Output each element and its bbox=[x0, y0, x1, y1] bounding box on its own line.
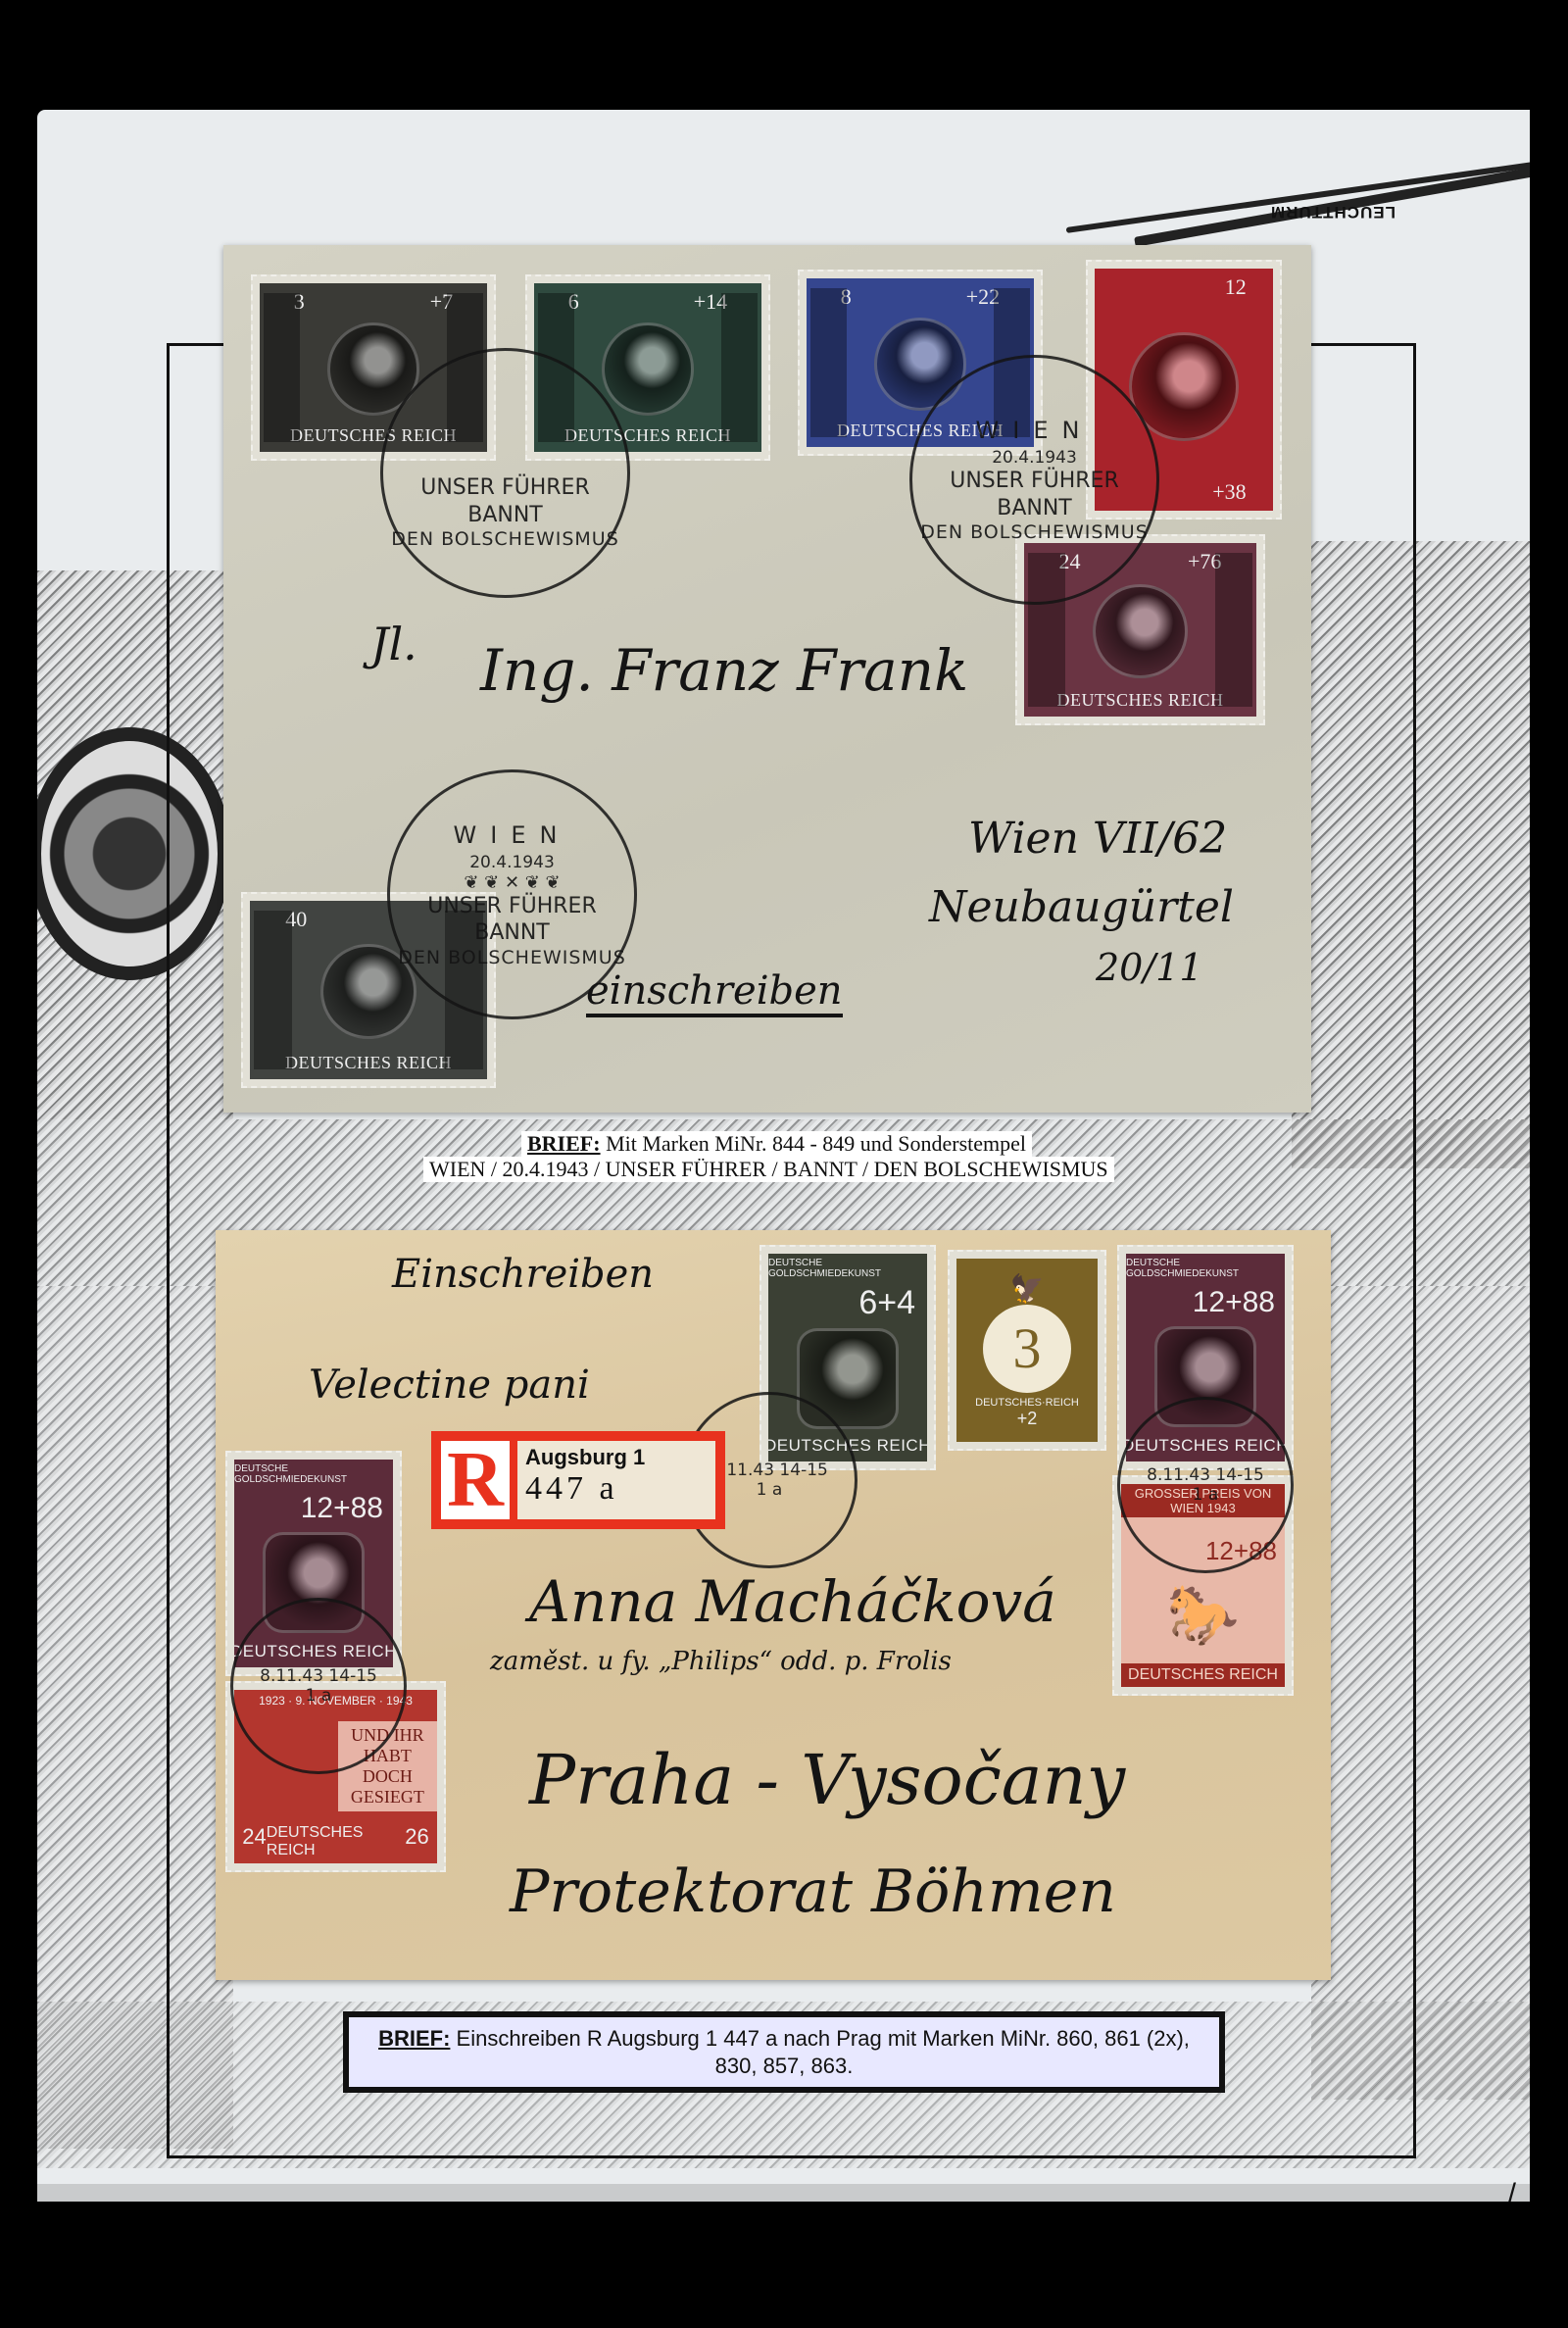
registration-header: Einschreiben bbox=[392, 1252, 654, 1297]
album-brand: LEUCHTTURM bbox=[1270, 202, 1396, 222]
cover-1-caption-line-1: BRIEF: Mit Marken MiNr. 844 - 849 und So… bbox=[521, 1131, 1032, 1157]
stamp-830: 🦅 3 DEUTSCHES·REICH +2 bbox=[948, 1250, 1106, 1451]
page-edge bbox=[37, 2184, 1530, 2202]
addressee-name: Ing. Franz Frank bbox=[480, 637, 968, 704]
address-line-1: Wien VII/62 bbox=[968, 814, 1227, 864]
portrait-icon bbox=[602, 322, 694, 415]
eagle-icon: 🦅 bbox=[1010, 1272, 1045, 1305]
postmark-augsburg-2: 8.11.43 14-15 1 a bbox=[1117, 1397, 1294, 1573]
registration-letter: R bbox=[441, 1441, 517, 1519]
page-mark: / bbox=[1508, 2178, 1516, 2202]
salutation: Velectine pani bbox=[309, 1362, 590, 1408]
recipient-line-2: zaměst. u fy. „Philips“ odd. p. Frolis bbox=[490, 1647, 952, 1676]
postmark-wien-1: UNSER FÜHRER BANNT DEN BOLSCHEWISMUS bbox=[380, 348, 630, 598]
cover-2-envelope: Einschreiben Velectine pani DEUTSCHE GOL… bbox=[216, 1230, 1331, 1980]
cover-1-caption-line-2: WIEN / 20.4.1943 / UNSER FÜHRER / BANNT … bbox=[423, 1157, 1114, 1182]
postmark-wien-2: WIEN 20.4.1943 UNSER FÜHRER BANNT DEN BO… bbox=[909, 355, 1159, 605]
cover-2-caption: BRIEF: Einschreiben R Augsburg 1 447 a n… bbox=[343, 2011, 1225, 2093]
registration-label: R Augsburg 1 447 a bbox=[431, 1431, 725, 1529]
addressee-prefix: Jl. bbox=[370, 618, 417, 670]
horse-icon: 🐎 bbox=[1166, 1586, 1240, 1645]
address-line-2: Neubaugürtel bbox=[929, 882, 1234, 932]
recipient-name: Anna Macháčková bbox=[529, 1568, 1056, 1635]
registration-number: 447 a bbox=[525, 1470, 708, 1508]
cover-1-envelope: 3+7 DEUTSCHES REICH 6+14 DEUTSCHES REICH… bbox=[223, 245, 1311, 1113]
registration-office: Augsburg 1 bbox=[525, 1445, 708, 1470]
recipient-city: Praha - Vysočany bbox=[529, 1740, 1125, 1820]
recipient-region: Protektorat Böhmen bbox=[510, 1857, 1116, 1926]
decorative-stroke bbox=[1066, 159, 1530, 233]
postmark-augsburg-3: 8.11.43 14-15 1 a bbox=[230, 1598, 407, 1774]
portrait-icon bbox=[1093, 584, 1187, 678]
registration-note: einschreiben bbox=[586, 968, 843, 1017]
address-line-3: 20/11 bbox=[1096, 946, 1203, 989]
